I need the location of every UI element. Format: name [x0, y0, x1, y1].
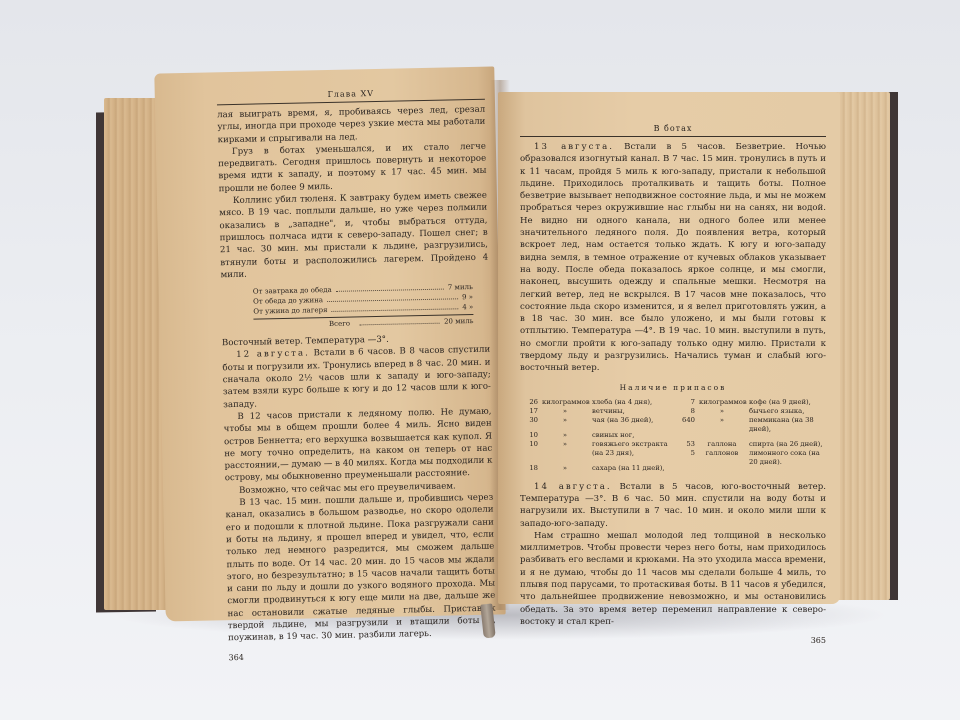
entry-date: 13 августа.	[534, 142, 614, 152]
left-page-body: лая выиграть время, я, пробиваясь через …	[217, 104, 489, 282]
page-number-left: 364	[228, 647, 496, 662]
paragraph: 13 августа. Встали в 5 часов. Безветрие.…	[520, 141, 826, 375]
right-page: В ботах 13 августа. Встали в 5 часов. Бе…	[498, 92, 840, 604]
paragraph: Нам страшно мешал молодой лед толщиной в…	[520, 530, 826, 628]
stock-table: 26килограммовхлеба (на 4 дня), 17»ветчин…	[520, 398, 826, 473]
paragraph: 14 августа. Встали в 5 часов, юго-восточ…	[520, 481, 826, 530]
tally-total: Всего20 миль	[253, 314, 473, 331]
paragraph: Коллинс убил тюленя. К завтраку будем им…	[219, 190, 489, 282]
paragraph: 12 августа. Встали в 6 часов. В 8 часов …	[222, 344, 491, 411]
left-page: Глава XV лая выиграть время, я, пробивая…	[154, 66, 505, 621]
distance-tally: От завтрака до обеда7 миль От обеда до у…	[253, 282, 474, 331]
entry-date: 12 августа.	[236, 349, 310, 361]
stock-item: 53галлонаспирта (на 26 дней),	[677, 440, 826, 449]
left-page-body-2: Восточный ветер. Температура —3°. 12 авг…	[222, 332, 496, 645]
stock-item: 640»пеммикана (на 38 дней),	[677, 416, 826, 434]
running-head-right: В ботах	[520, 124, 826, 133]
paragraph: лая выиграть время, я, пробиваясь через …	[217, 104, 486, 146]
paragraph: В 13 час. 15 мин. пошли дальше и, пробив…	[225, 492, 496, 645]
header-rule	[520, 136, 826, 137]
stock-column-left: 26килограммовхлеба (на 4 дня), 17»ветчин…	[520, 398, 669, 473]
right-page-body: 13 августа. Встали в 5 часов. Безветрие.…	[520, 141, 826, 375]
stock-item: 10»говяжьего экстракта (на 23 дня),	[520, 440, 669, 458]
stock-item: 7килограммовкофе (на 9 дней),	[677, 398, 826, 407]
right-page-body-2: 14 августа. Встали в 5 часов, юго-восточ…	[520, 481, 826, 629]
stock-item: 10»свиных ног,	[520, 431, 669, 440]
stock-item: 26килограммовхлеба (на 4 дня),	[520, 398, 669, 407]
stock-item: 18»сахара (на 11 дней),	[520, 464, 669, 473]
stock-column-right: 7килограммовкофе (на 9 дней), 8»бычьего …	[677, 398, 826, 473]
entry-date: 14 августа.	[534, 482, 612, 492]
paragraph: В 12 часов пристали к ледяному полю. Не …	[223, 406, 492, 485]
stock-item: 30»чая (на 36 дней),	[520, 416, 669, 425]
stock-heading: Наличие припасов	[520, 383, 826, 392]
stock-item: 5галлоновлимонного сока (на 20 дней).	[677, 449, 826, 467]
stock-item: 17»ветчины,	[520, 407, 669, 416]
paragraph: Груз в ботах уменьшался, и их стало легч…	[218, 141, 487, 196]
page-number-right: 365	[520, 636, 826, 645]
stock-item: 8»бычьего языка,	[677, 407, 826, 416]
